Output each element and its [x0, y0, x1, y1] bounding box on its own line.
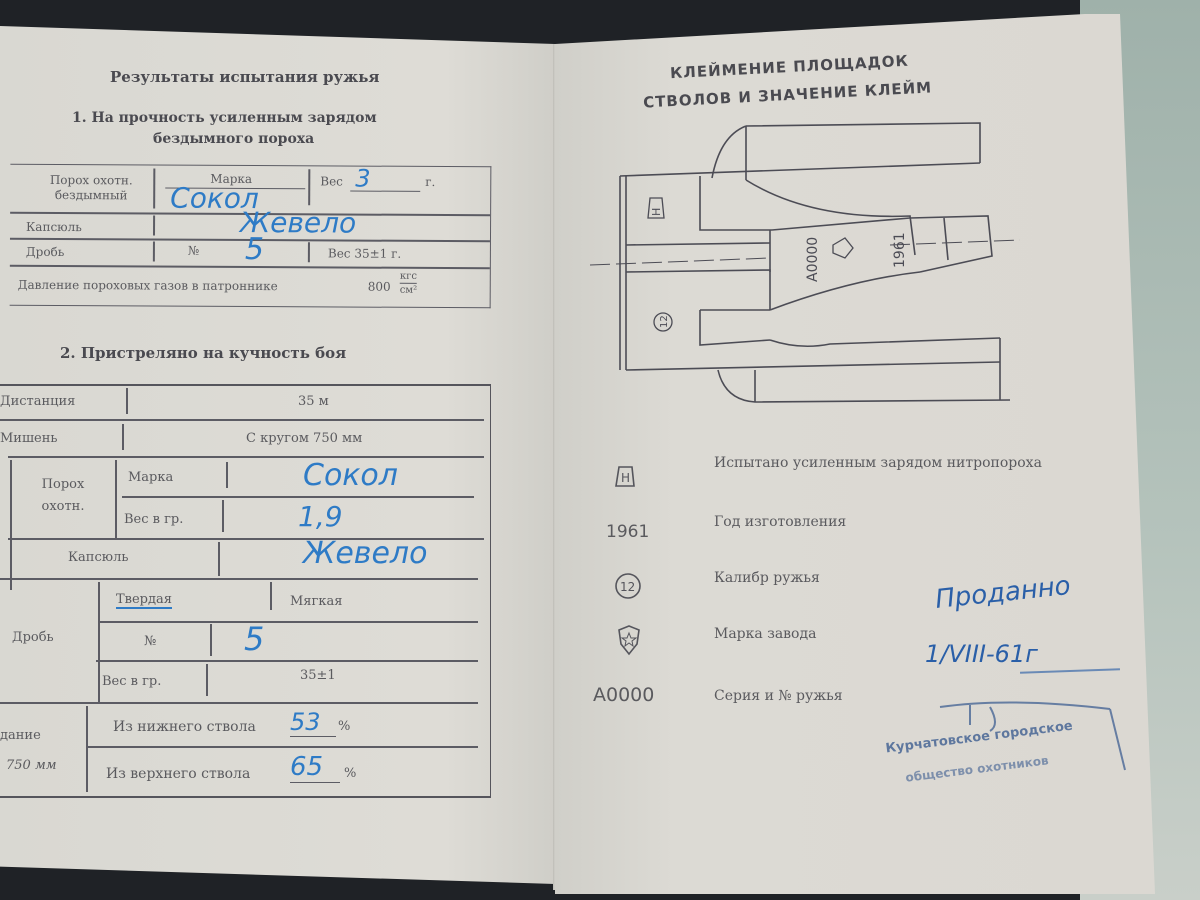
diagram-year-mark: 1961	[892, 232, 908, 268]
s2-shot-weight-value: 35±1	[300, 668, 336, 683]
s2-upper-barrel-label: Из верхнего ствола	[106, 766, 250, 782]
barrel-marking-diagram: Н 12 А0000 1961	[590, 100, 1040, 420]
s2-primer-label: Капсюль	[68, 550, 128, 565]
s2-soft-label[interactable]: Мягкая	[290, 594, 342, 609]
s1-weight-unit: г.	[425, 175, 435, 189]
strength-test-table: Порох охотн. бездымный Марка Сокол Вес 3…	[10, 164, 492, 309]
legend-text-year: Год изготовления	[714, 514, 846, 530]
s2-distance-label: Дистанция	[0, 394, 75, 409]
legend-text-nitro: Испытано усиленным зарядом нитропороха	[714, 455, 1042, 471]
s1-shot-label: Дробь	[26, 245, 64, 259]
s2-shot-label: Дробь	[12, 630, 54, 645]
s2-powder-label-l2: охотн.	[28, 496, 98, 518]
s2-shot-weight-label: Вес в гр.	[102, 674, 161, 689]
s2-target-label: Мишень	[0, 431, 58, 446]
s2-hard-label[interactable]: Твердая	[116, 592, 172, 609]
section2-heading: 2. Пристреляно на кучность боя	[60, 344, 346, 362]
s1-weight-value: 3	[355, 165, 370, 193]
factory-mark-icon	[616, 624, 644, 656]
s2-brand-label: Марка	[128, 470, 173, 485]
handwritten-date: 1/VIII-61г	[925, 640, 1038, 668]
s2-upper-percent: %	[344, 766, 356, 781]
caliber-mark-icon: 12	[614, 572, 644, 602]
s1-primer-label: Капсюль	[26, 220, 82, 234]
svg-text:Н: Н	[621, 471, 630, 485]
s2-hit-label-line2: 750 мм	[6, 758, 57, 773]
s2-hit-label-line1: дание	[0, 728, 41, 743]
s1-pressure-unit: кгс см²	[400, 270, 418, 297]
s1-shot-number-value: 5	[245, 232, 264, 267]
s2-shot-number-label: №	[144, 634, 156, 649]
s2-upper-barrel-value: 65	[290, 752, 340, 783]
legend-symbol-serial: А0000	[593, 684, 654, 706]
s2-lower-barrel-label: Из нижнего ствола	[113, 719, 256, 735]
s1-shot-weight: Вес 35±1 г.	[328, 246, 401, 260]
s1-powder-label-l1: Порох охотн.	[26, 173, 156, 189]
legend-text-serial: Серия и № ружья	[714, 688, 843, 704]
diagram-caliber-mark: 12	[659, 315, 670, 328]
s2-target-value: С кругом 750 мм	[246, 431, 362, 446]
left-page-title: Результаты испытания ружья	[110, 68, 380, 86]
diagram-serial-mark: А0000	[805, 237, 821, 282]
s1-pressure-value: 800	[368, 280, 391, 294]
nitro-proof-mark-icon: Н	[612, 464, 638, 488]
legend-symbol-year: 1961	[606, 522, 649, 542]
stamp-signature-mark	[930, 695, 1130, 785]
s2-lower-percent: %	[338, 719, 350, 734]
section1-heading-line2: бездымного пороха	[153, 131, 314, 147]
s2-primer-value: Жевело	[303, 536, 427, 571]
s2-weight-value: 1,9	[298, 500, 343, 533]
legend-text-caliber: Калибр ружья	[714, 570, 820, 586]
diagram-nitro-mark: Н	[650, 208, 663, 216]
s1-powder-label: Порох охотн. бездымный	[26, 173, 156, 204]
s2-shot-number-value: 5	[244, 620, 264, 658]
s2-distance-value: 35 м	[298, 394, 329, 409]
s2-powder-label: Порох охотн.	[28, 474, 98, 518]
s2-powder-label-l1: Порох	[28, 474, 98, 496]
s2-brand-value: Сокол	[303, 458, 398, 493]
s1-weight-label: Вес	[320, 174, 343, 188]
s1-pressure-unit-num: кгс	[400, 270, 417, 284]
s1-powder-label-l2: бездымный	[26, 188, 156, 204]
s2-lower-barrel-value: 53	[290, 708, 336, 737]
legend-text-factory: Марка завода	[714, 626, 816, 642]
svg-text:12: 12	[620, 580, 635, 594]
s1-shot-number-label: №	[188, 244, 199, 258]
section1-heading-line1: 1. На прочность усиленным зарядом	[72, 110, 377, 126]
s2-weight-label: Вес в гр.	[124, 512, 183, 527]
s1-pressure-label: Давление пороховых газов в патроннике	[18, 278, 278, 293]
s1-pressure-unit-den: см²	[400, 284, 417, 297]
accuracy-test-table: Дистанция 35 м Мишень С кругом 750 мм По…	[0, 384, 491, 798]
